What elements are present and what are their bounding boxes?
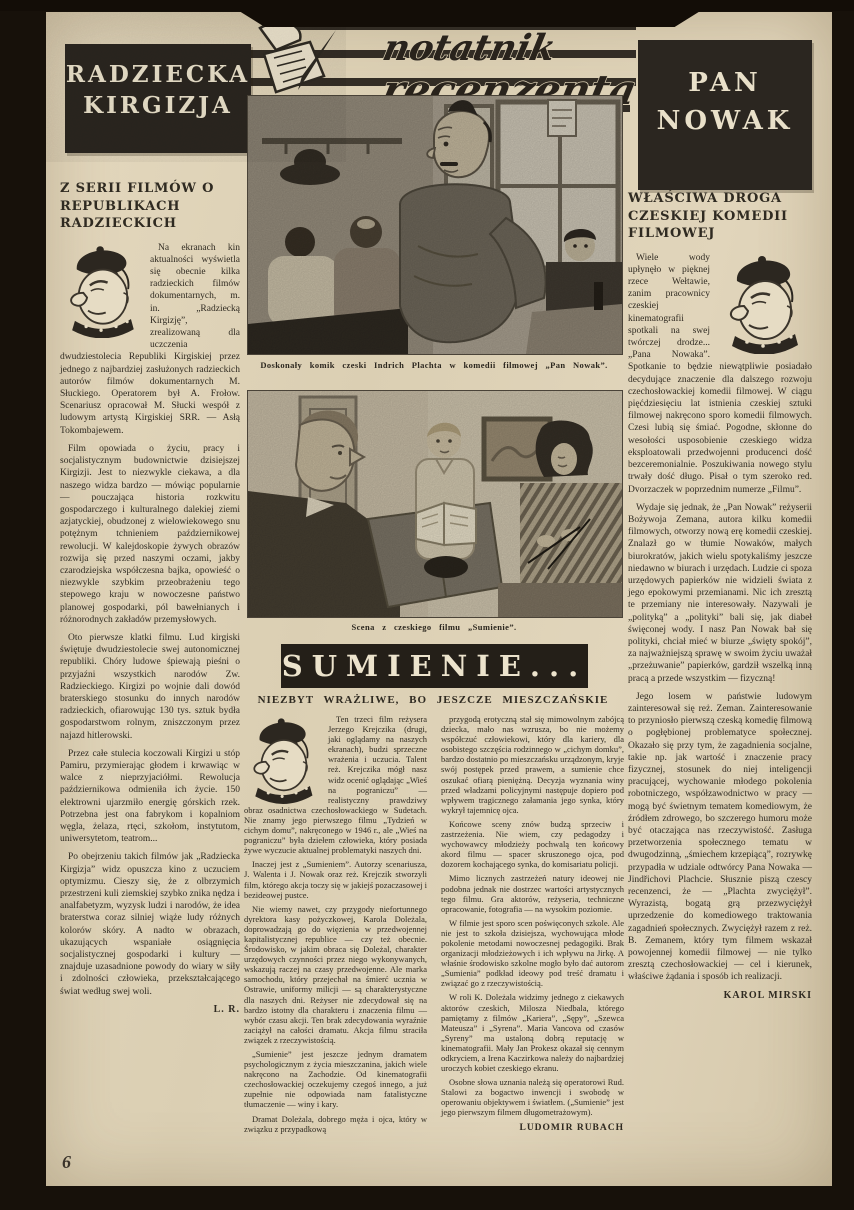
- article-sumienie: Ten trzeci film reżysera Jerzego Krejczi…: [244, 714, 624, 1138]
- caricature-icon: [716, 254, 812, 354]
- paragraph: Dramat Doleżala, dobrego męża i ojca, kt…: [244, 1114, 427, 1134]
- caricature-icon: [60, 244, 144, 338]
- paragraph: Przez całe stulecia koczowali Kirgizi u …: [60, 748, 240, 846]
- box-title-line: KIRGIZJA: [65, 90, 251, 121]
- caricature-icon: [244, 716, 322, 804]
- paragraph: Nie wiemy nawet, czy przygody niefortunn…: [244, 904, 427, 1045]
- article-title-box-pan-nowak: PAN NOWAK: [638, 40, 812, 190]
- film-still-pan-nowak: [247, 95, 623, 355]
- page-number: 6: [62, 1152, 71, 1173]
- film-still-sumienie: [247, 390, 623, 618]
- magazine-page: notatnik recenzenta RADZIECKA KIRGIZJA P…: [46, 12, 832, 1186]
- author-signature: KAROL MIRSKI: [628, 990, 812, 1001]
- box-title-line: NOWAK: [638, 102, 812, 140]
- column-right: przygodą erotyczną stał się mimowolnym z…: [441, 714, 624, 1138]
- magazine-scan: notatnik recenzenta RADZIECKA KIRGIZJA P…: [0, 0, 854, 1210]
- article-pan-nowak: WŁAŚCIWA DROGA CZESKIEJ KOMEDII FILMOWEJ…: [628, 190, 812, 1001]
- paragraph: przygodą erotyczną stał się mimowolnym z…: [441, 714, 624, 815]
- paragraph: Osobne słowa uznania należą się operator…: [441, 1077, 624, 1117]
- column-left: Ten trzeci film reżysera Jerzego Krejczi…: [244, 714, 427, 1138]
- paragraph: W filmie jest sporo scen poświęconych sz…: [441, 918, 624, 989]
- author-signature: L. R.: [60, 1004, 240, 1015]
- paragraph: Jego losem w państwie ludowym zaintereso…: [628, 691, 812, 984]
- article-radziecka-kirgizja: Z SERII FILMÓW O REPUBLIKACH RADZIECKICH…: [60, 180, 240, 1015]
- box-title-line: RADZIECKA: [65, 59, 251, 90]
- paragraph: Mimo licznych zastrzeżeń natury ideowej …: [441, 873, 624, 913]
- paragraph: Po obejrzeniu takich filmów jak „Radziec…: [60, 851, 240, 997]
- author-signature: LUDOMIR RUBACH: [441, 1123, 624, 1133]
- article-title-box-radziecka-kirgizja: RADZIECKA KIRGIZJA: [65, 44, 251, 153]
- paragraph: Inaczej jest z „Sumieniem”. Autorzy scen…: [244, 859, 427, 899]
- paragraph: Film opowiada o życiu, pracy i socjalist…: [60, 443, 240, 626]
- headline-subtitle: NIEZBYT WRAŻLIWE, BO JESZCZE MIESZCZAŃSK…: [244, 694, 622, 706]
- headline-sumienie: SUMIENIE...: [281, 644, 588, 688]
- article-heading: WŁAŚCIWA DROGA CZESKIEJ KOMEDII FILMOWEJ: [628, 190, 812, 243]
- photo-caption: Scena z czeskiego filmu „Sumienie”.: [247, 622, 621, 632]
- paragraph: Oto pierwsze klatki filmu. Lud kirgiski …: [60, 632, 240, 742]
- box-title-line: PAN: [638, 64, 812, 102]
- masthead-title-line1: notatnik: [379, 26, 560, 69]
- article-heading: Z SERII FILMÓW O REPUBLIKACH RADZIECKICH: [60, 180, 240, 233]
- photo-caption: Doskonały komik czeski Indrich Plachta w…: [247, 360, 621, 370]
- paragraph: Wydaje się jednak, że „Pan Nowak” reżyse…: [628, 502, 812, 685]
- paragraph: „Sumienie” jest jeszcze jednym dramatem …: [244, 1049, 427, 1110]
- paragraph: Końcowe sceny znów budzą sprzeciw i zast…: [441, 819, 624, 869]
- paragraph: W roli K. Doleżala widzimy jednego z cie…: [441, 992, 624, 1073]
